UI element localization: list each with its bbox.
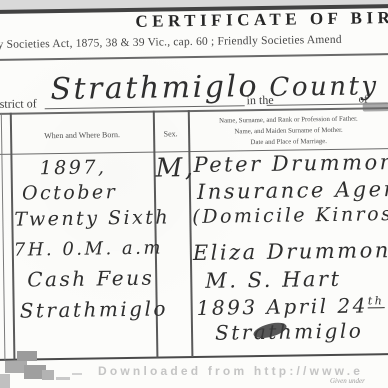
- certificate-title: CERTIFICATE OF BIRT: [135, 8, 388, 32]
- scan-artifact-dash: [72, 373, 82, 375]
- scan-artifact-block: [42, 370, 54, 380]
- marriage-date: 1893 April 24th: [197, 293, 385, 320]
- father-name: Peter Drummond: [193, 150, 388, 177]
- scan-artifact-block: [0, 374, 10, 388]
- heading-rule: [0, 53, 388, 61]
- download-watermark: Downloaded from http://www.e: [98, 364, 363, 378]
- sex-value: M,: [155, 153, 195, 184]
- scanned-birth-certificate: CERTIFICATE OF BIRT lly Societies Act, 1…: [0, 0, 388, 388]
- col1-left-border: [10, 113, 15, 360]
- father-profession: Insurance Agent: [197, 177, 388, 204]
- district-label: strict of: [0, 96, 37, 112]
- marriage-place: Strathmiglo: [215, 319, 364, 345]
- certificate-paper: CERTIFICATE OF BIRT lly Societies Act, 1…: [0, 0, 388, 388]
- act-citation-line: lly Societies Act, 1875, 38 & 39 Vic., c…: [0, 34, 342, 51]
- mother-maiden-name: M. S. Hart: [205, 267, 341, 293]
- father-domicile: (Domicile Kinross,: [192, 203, 388, 228]
- header-parent-details: Name, Surname, and Rank or Profession of…: [190, 113, 387, 149]
- birth-time: 7H. 0.M. a.m: [14, 237, 163, 260]
- birth-year: 1897,: [39, 156, 106, 179]
- scan-artifact-block: [17, 351, 37, 361]
- page-edge-line: [1, 113, 6, 360]
- given-under-text: Given under: [330, 377, 365, 385]
- ordinal-suffix: th: [368, 295, 385, 309]
- birth-month: October: [22, 181, 118, 204]
- birth-place: Strathmiglo: [20, 296, 169, 322]
- header-when-where-born: When and Where Born.: [11, 130, 153, 141]
- birth-street: Cash Feus: [27, 266, 154, 292]
- header-sex: Sex.: [153, 129, 188, 139]
- district-handwritten-value: Strathmiglo: [50, 69, 259, 107]
- header-marriage-line: Date and Place of Marriage.: [190, 135, 387, 149]
- birth-day: Twenty Sixth: [14, 206, 170, 230]
- mother-name: Eliza Drummond: [193, 238, 388, 265]
- table-bottom-border: [0, 353, 388, 361]
- scan-artifact-dash: [56, 377, 70, 380]
